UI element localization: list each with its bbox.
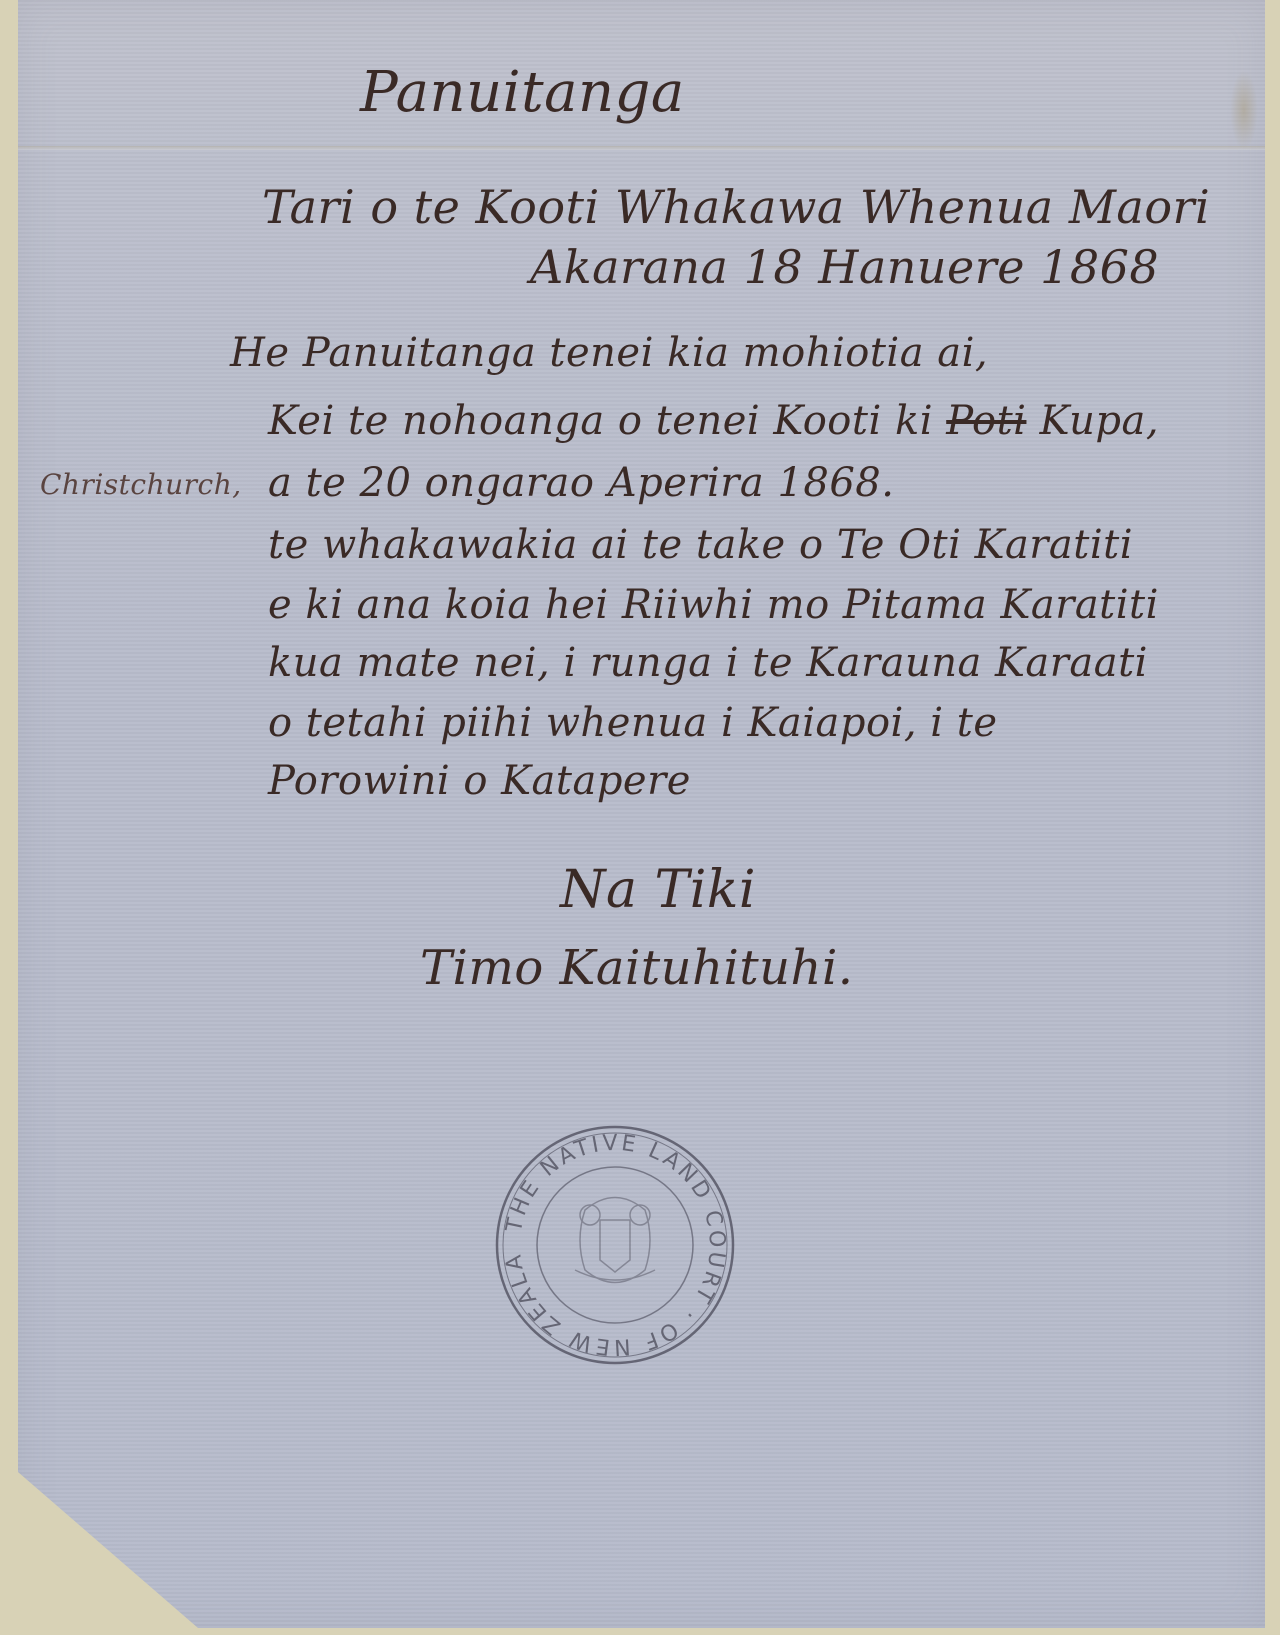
document-title: Panuitanga <box>360 60 685 125</box>
struck-word: Poti <box>946 398 1026 444</box>
body-line-2-text: Kei te nohoanga o tenei Kooti ki <box>268 398 946 444</box>
body-line-5: e ki ana koia hei Riiwhi mo Pitama Karat… <box>268 582 1159 628</box>
body-line-2-end: Kupa, <box>1026 398 1159 444</box>
seal-stamp-icon: THE NATIVE LAND COURT · OF NEW ZEALAND · <box>490 1120 740 1370</box>
fold-stain <box>1230 70 1258 150</box>
place-date-line: Akarana 18 Hanuere 1868 <box>530 240 1159 294</box>
court-seal: THE NATIVE LAND COURT · OF NEW ZEALAND · <box>490 1120 740 1370</box>
body-line-4: te whakawakia ai te take o Te Oti Karati… <box>268 522 1133 568</box>
court-office-line: Tari o te Kooti Whakawa Whenua Maori <box>262 180 1210 234</box>
paper-fold-line <box>18 146 1265 150</box>
body-line-1: He Panuitanga tenei kia mohiotia ai, <box>230 330 988 376</box>
signature-role: Timo Kaituhituhi. <box>420 940 854 996</box>
signature-name: Na Tiki <box>560 860 756 920</box>
body-line-2: Kei te nohoanga o tenei Kooti ki Poti Ku… <box>268 398 1159 444</box>
body-line-8: Porowini o Katapere <box>268 758 691 804</box>
body-line-6: kua mate nei, i runga i te Karauna Karaa… <box>268 640 1148 686</box>
body-line-3: a te 20 ongarao Aperira 1868. <box>268 460 894 506</box>
body-line-7: o tetahi piihi whenua i Kaiapoi, i te <box>268 700 998 746</box>
margin-note: Christchurch, <box>40 468 242 501</box>
